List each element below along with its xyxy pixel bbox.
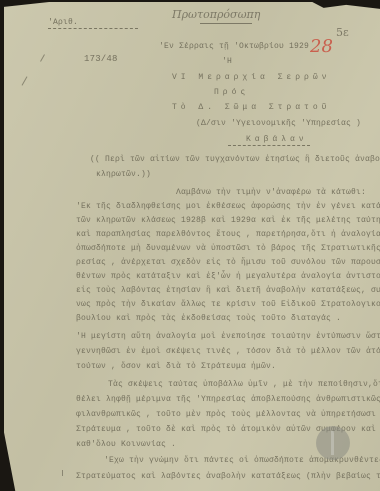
- header-underline: [200, 23, 252, 24]
- subject-line-1: (( Περὶ τῶν αἰτίων τῶν τυγχανόντων ἐτησί…: [90, 155, 380, 164]
- margin-mark: [40, 54, 45, 61]
- margin-mark: [62, 470, 63, 476]
- body-line: βουλίου καὶ πρὸς τὰς ἐκδοθείσας τοὺς τοῦ…: [76, 314, 341, 323]
- body-line: 'Εκ τῆς διαδληφθείσης μοι ἐκθέσεως ἀφορώ…: [76, 202, 380, 211]
- sender-article: 'Η: [222, 57, 232, 66]
- archive-watermark-icon: [316, 426, 350, 460]
- recipient: Τὸ Δ. Σῶμα Στρατοῦ: [172, 103, 330, 112]
- scanned-letter-page: Πρωτοπρόσωπη 5ε 'Αριθ. 173/48 'Εν Σέρραι…: [4, 2, 380, 491]
- body-line: ὁπωσδήποτε μὴ δυναμένων νὰ ὑποστῶσι τὸ β…: [76, 244, 380, 253]
- body-line: θέντων πρὸς κατάταξιν καὶ ἐξ'ὧν ἡ μεγαλυ…: [76, 272, 380, 281]
- salutation: Λαμβάνω τὴν τιμὴν ν'ἀναφέρω τὰ κάτωθι:: [176, 188, 366, 197]
- body-line: νως πρὸς τὴν δικαίαν ἄλλως τε κρίσιν τοῦ…: [76, 300, 380, 309]
- margin-mark: [22, 76, 28, 85]
- body-line: τῶν κληρωτῶν κλάσεως 1928β καὶ 1929α καὶ…: [76, 216, 380, 225]
- body-line: θέλει ληφθῇ μέριμνα τῆς 'Υπηρεσίας ἀποβλ…: [76, 395, 380, 404]
- protocol-number: 173/48: [84, 54, 118, 64]
- body-line: 'Η μεγίστη αὕτη ἀναλογία μοὶ ἐνεποίησε τ…: [76, 332, 380, 341]
- handwritten-header: Πρωτοπρόσωπη: [172, 8, 260, 21]
- archive-page-mark: 5ε: [336, 26, 349, 39]
- body-line: γεννηθῶσι ἐν ἐμοὶ σκέψεις τινές , τόσον …: [76, 347, 380, 356]
- place-date: 'Εν Σέρραις τῇ 'Οκτωβρίου 1929: [159, 42, 309, 51]
- body-line: Στρατεύματος καὶ λαβόντες ἀναβολὴν κατατ…: [76, 472, 380, 481]
- subject-line-2: κληρωτῶν.)): [96, 170, 151, 179]
- body-line: Τὰς σκέψεις ταύτας ὑποβάλλω ὑμῖν , μὲ τὴ…: [108, 380, 380, 389]
- recipient-underline: [228, 145, 310, 146]
- sender: VI Μεραρχία Σερρῶν: [172, 73, 330, 82]
- protocol-dash-line: [48, 28, 138, 29]
- recipient-department: (Δ/σιν 'Υγειονομικῆς 'Υπηρεσίας ): [196, 119, 361, 128]
- body-line: τούτων , ὅσον καὶ διὰ τὸ Στράτευμα ἡμῶν.: [76, 362, 276, 371]
- to-word: Πρός: [214, 88, 249, 97]
- protocol-label: 'Αριθ.: [48, 18, 78, 27]
- body-line: εἰς τοὺς λαβόντας ἐτησίαν ἢ καὶ διετῆ ἀν…: [76, 286, 380, 295]
- red-handwritten-number: 28: [310, 36, 333, 57]
- body-line: καθ'ὅλου Κοινωνίας .: [76, 440, 176, 449]
- body-line: ρεσίας , ἀνέρχεται σχεδὸν εἰς τὸ ἥμισυ τ…: [76, 258, 380, 267]
- body-line: φιλανθρωπικῶς , τοῦτο μὲν πρὸς τοὺς μέλλ…: [76, 410, 380, 419]
- recipient-city: Καβάλαν: [246, 135, 308, 144]
- body-line: καὶ παραπλησίας παρελθόντος ἔτους , παρε…: [76, 230, 380, 239]
